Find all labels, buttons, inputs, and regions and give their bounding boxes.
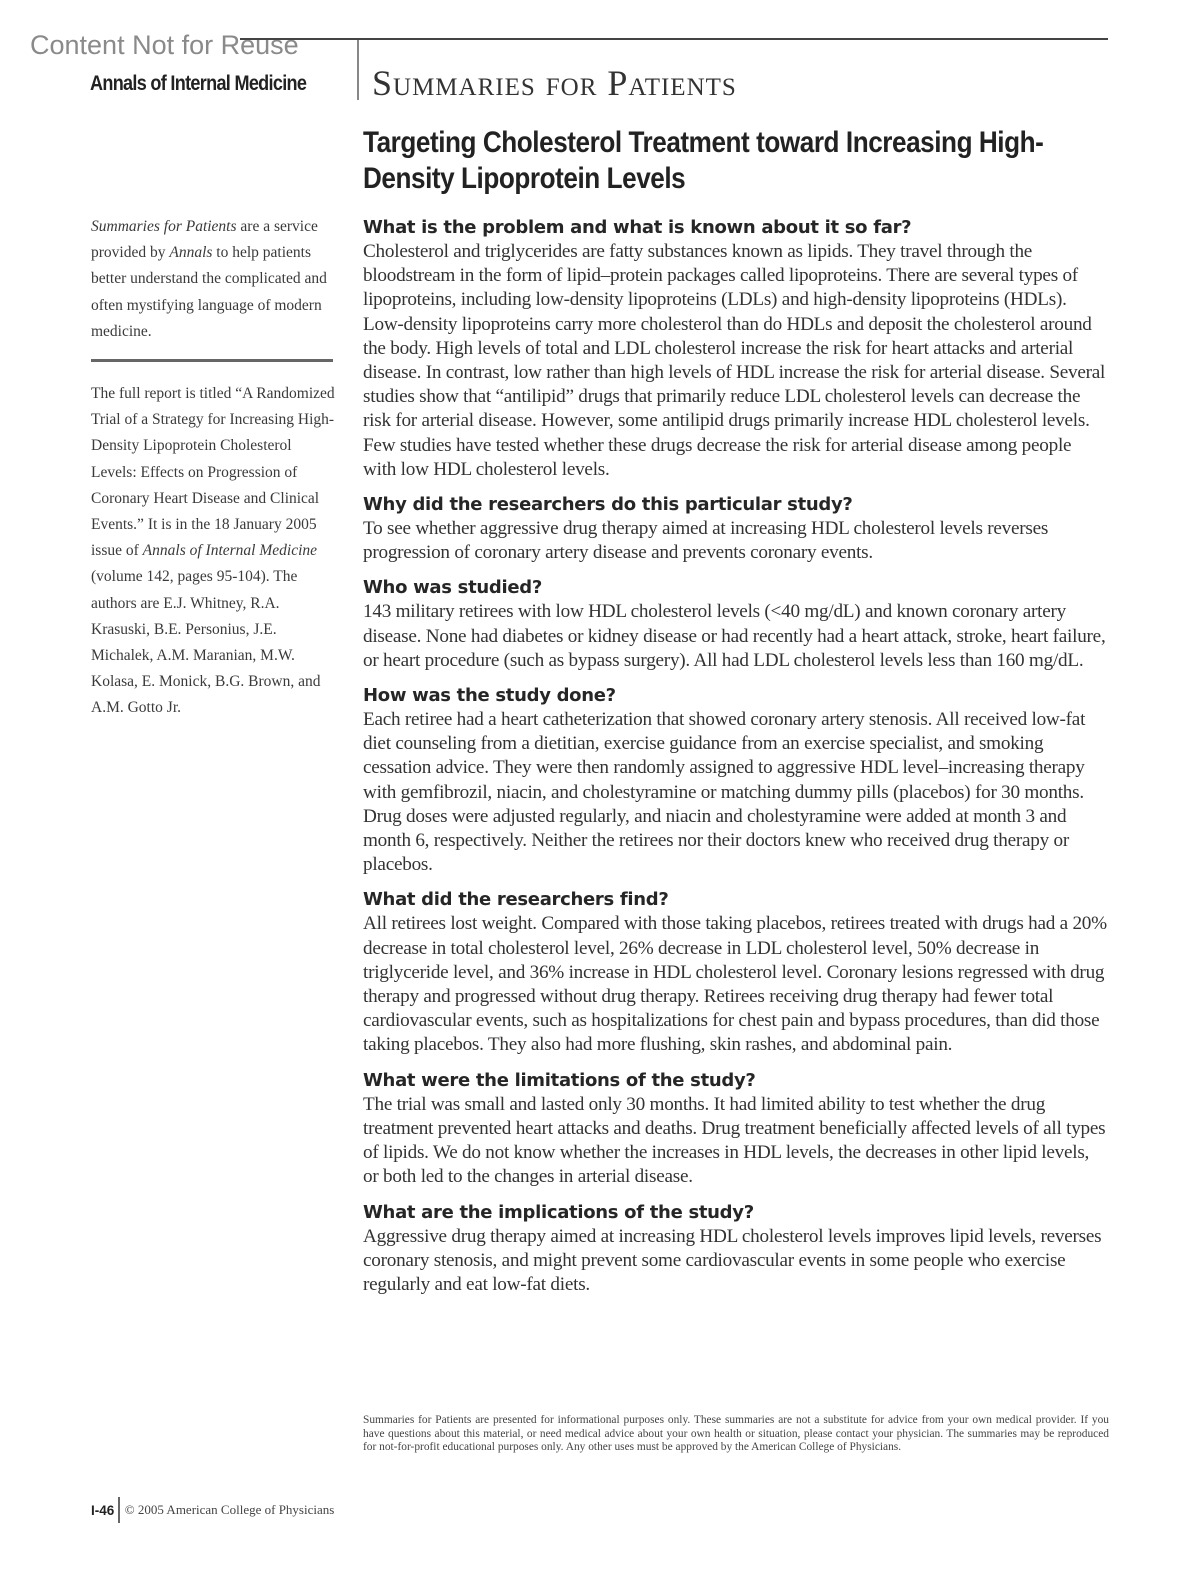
section-how: How was the study done? Each retiree had…	[363, 684, 1108, 877]
header-rule	[240, 38, 1108, 40]
sidebar-intro-italic: Summaries for Patients	[91, 218, 237, 235]
section-body: Cholesterol and triglycerides are fatty …	[363, 240, 1108, 482]
page-footer: I-46 © 2005 American College of Physicia…	[91, 1497, 334, 1523]
copyright: © 2005 American College of Physicians	[125, 1502, 335, 1518]
page-number: I-46	[91, 1503, 118, 1518]
sidebar-report-citation: The full report is titled “A Randomized …	[91, 381, 336, 722]
section-problem: What is the problem and what is known ab…	[363, 216, 1108, 482]
section-heading: What did the researchers find?	[363, 888, 1108, 912]
section-limitations: What were the limitations of the study? …	[363, 1069, 1108, 1190]
section-findings: What did the researchers find? All retir…	[363, 888, 1108, 1057]
sidebar: Summaries for Patients are a service pro…	[91, 214, 336, 722]
section-body: Each retiree had a heart catheterization…	[363, 708, 1108, 877]
section-who: Who was studied? 143 military retirees w…	[363, 576, 1108, 673]
sidebar-divider	[91, 359, 333, 362]
section-heading: Who was studied?	[363, 576, 1108, 600]
journal-name: Annals of Internal Medicine	[90, 72, 306, 96]
section-implications: What are the implications of the study? …	[363, 1201, 1108, 1298]
section-heading: Why did the researchers do this particul…	[363, 493, 1108, 517]
footer-divider	[118, 1497, 120, 1523]
sidebar-intro: Summaries for Patients are a service pro…	[91, 214, 336, 359]
section-heading: What are the implications of the study?	[363, 1201, 1108, 1225]
section-body: To see whether aggressive drug therapy a…	[363, 517, 1108, 565]
section-why: Why did the researchers do this particul…	[363, 493, 1108, 565]
section-heading: What is the problem and what is known ab…	[363, 216, 1108, 240]
section-title: Summaries for Patients	[372, 62, 737, 104]
section-body: All retirees lost weight. Compared with …	[363, 912, 1108, 1057]
article-body: What is the problem and what is known ab…	[363, 216, 1108, 1308]
section-heading: How was the study done?	[363, 684, 1108, 708]
section-body: Aggressive drug therapy aimed at increas…	[363, 1225, 1108, 1298]
section-heading: What were the limitations of the study?	[363, 1069, 1108, 1093]
section-body: The trial was small and lasted only 30 m…	[363, 1093, 1108, 1190]
section-body: 143 military retirees with low HDL chole…	[363, 600, 1108, 673]
watermark: Content Not for Reuse	[30, 32, 299, 59]
disclaimer: Summaries for Patients are presented for…	[363, 1414, 1109, 1455]
article-title: Targeting Cholesterol Treatment toward I…	[363, 125, 1050, 197]
header-divider	[357, 40, 359, 100]
